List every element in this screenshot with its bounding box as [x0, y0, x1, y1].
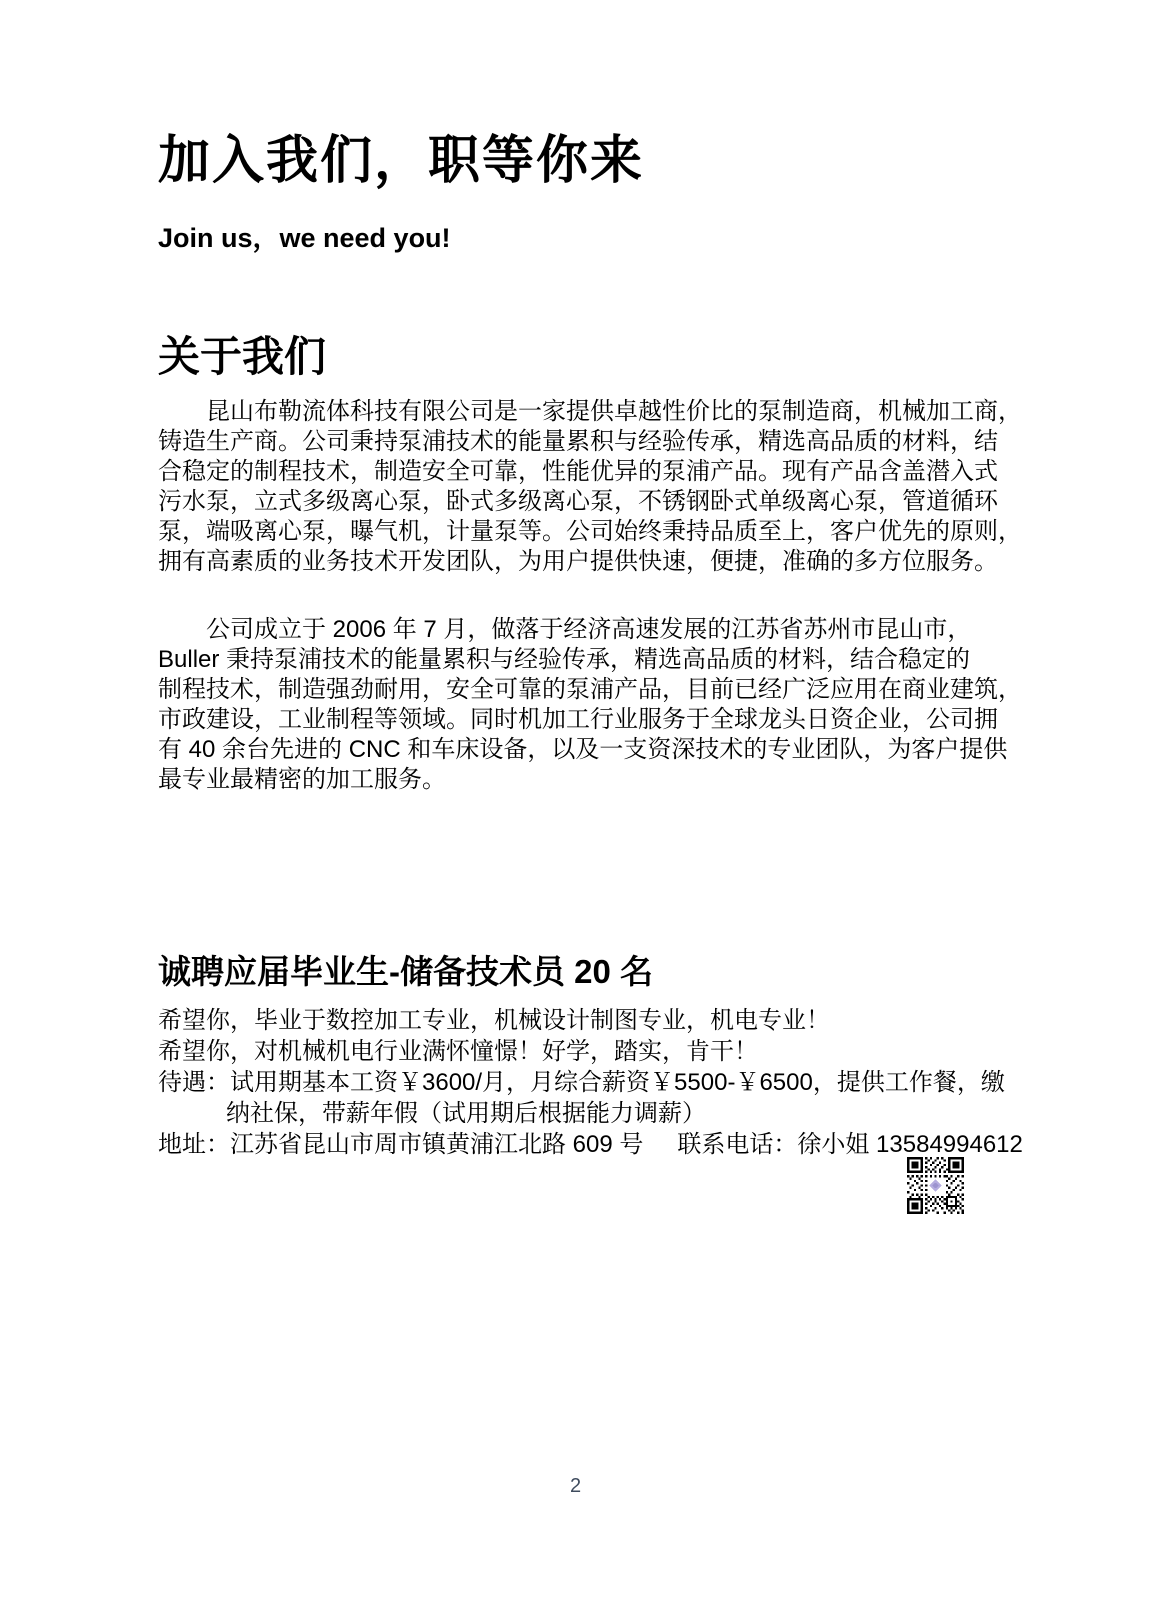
text-line: Buller 秉持泵浦技术的能量累积与经验传承，精选高品质的材料，结合稳定的	[158, 645, 1000, 675]
recruit-salary-line: 纳社保，带薪年假（试用期后根据能力调薪）	[158, 1098, 1000, 1129]
qr-code-icon	[907, 1157, 964, 1214]
recruit-details: 希望你，毕业于数控加工专业，机械设计制图专业，机电专业！ 希望你，对机械机电行业…	[158, 1005, 1000, 1160]
page-subtitle: Join us，we need you!	[158, 222, 1000, 255]
text-line: 昆山布勒流体科技有限公司是一家提供卓越性价比的泵制造商，机械加工商，	[158, 397, 1000, 427]
recruit-heading: 诚聘应届毕业生-储备技术员 20 名	[158, 951, 1000, 993]
about-paragraph-2: 公司成立于 2006 年 7 月，做落于经济高速发展的江苏省苏州市昆山市， Bu…	[158, 615, 1000, 795]
text-line: 泵，端吸离心泵，曝气机，计量泵等。公司始终秉持品质至上，客户优先的原则，	[158, 517, 1000, 547]
text-line: 最专业最精密的加工服务。	[158, 765, 1000, 795]
recruit-hope-line: 希望你，毕业于数控加工专业，机械设计制图专业，机电专业！	[158, 1005, 1000, 1036]
text-line: 市政建设，工业制程等领域。同时机加工行业服务于全球龙头日资企业，公司拥	[158, 705, 1000, 735]
page-title: 加入我们，职等你来	[158, 131, 1000, 191]
about-paragraph-1: 昆山布勒流体科技有限公司是一家提供卓越性价比的泵制造商，机械加工商， 铸造生产商…	[158, 397, 1000, 577]
document-content: 加入我们，职等你来 Join us，we need you! 关于我们 昆山布勒…	[158, 0, 1000, 1160]
text-line: 制程技术，制造强劲耐用，安全可靠的泵浦产品，目前已经广泛应用在商业建筑，	[158, 675, 1000, 705]
recruit-salary-line: 待遇：试用期基本工资￥3600/月，月综合薪资￥5500-￥6500，提供工作餐…	[158, 1067, 1000, 1098]
text-line: 合稳定的制程技术，制造安全可靠，性能优异的泵浦产品。现有产品含盖潜入式	[158, 457, 1000, 487]
about-heading: 关于我们	[158, 332, 1000, 381]
recruit-phone: 联系电话：徐小姐 13584994612	[677, 1129, 1023, 1160]
document-page: 加入我们，职等你来 Join us，we need you! 关于我们 昆山布勒…	[0, 0, 1151, 1610]
recruit-hope-line: 希望你，对机械机电行业满怀憧憬！好学，踏实，肯干！	[158, 1036, 1000, 1067]
text-line: 污水泵，立式多级离心泵，卧式多级离心泵，不锈钢卧式单级离心泵，管道循环	[158, 487, 1000, 517]
text-line: 公司成立于 2006 年 7 月，做落于经济高速发展的江苏省苏州市昆山市，	[158, 615, 1000, 645]
text-line: 拥有高素质的业务技术开发团队，为用户提供快速，便捷，准确的多方位服务。	[158, 547, 1000, 577]
text-line: 铸造生产商。公司秉持泵浦技术的能量累积与经验传承，精选高品质的材料，结	[158, 427, 1000, 457]
page-number: 2	[0, 1474, 1151, 1498]
recruit-contact-row: 地址：江苏省昆山市周市镇黄浦江北路 609 号 联系电话：徐小姐 1358499…	[158, 1129, 1000, 1160]
recruit-address: 地址：江苏省昆山市周市镇黄浦江北路 609 号	[158, 1129, 643, 1160]
text-line: 有 40 余台先进的 CNC 和车床设备，以及一支资深技术的专业团队，为客户提供	[158, 735, 1000, 765]
